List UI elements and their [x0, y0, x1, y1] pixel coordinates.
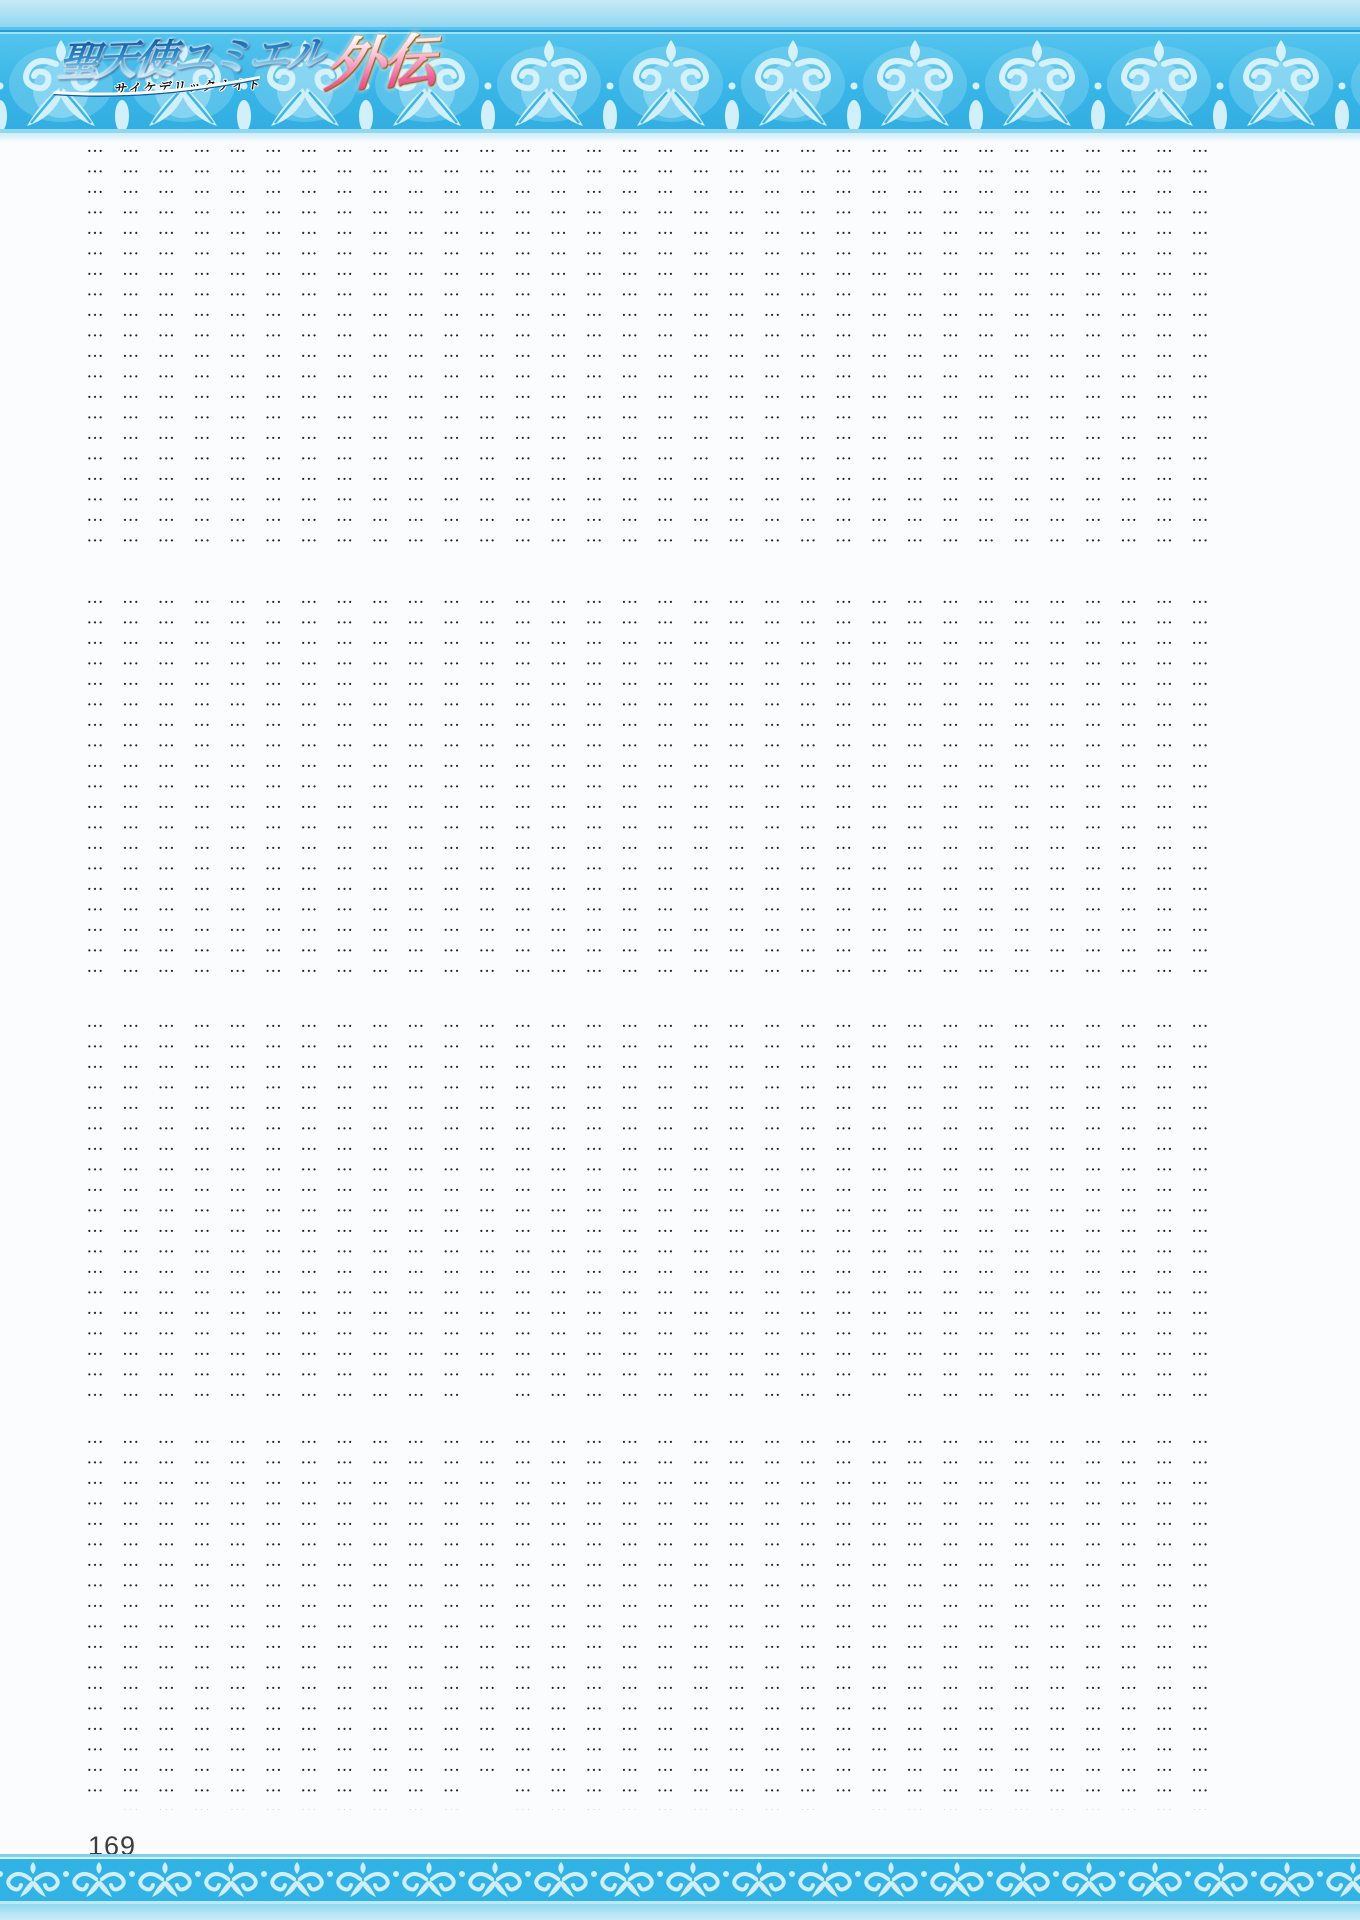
text-column-redacted: ………………………………………………… — [86, 1012, 103, 1396]
text-column-redacted: ……………………………………………………… — [692, 1012, 709, 1396]
text-column-redacted: …………………………………………………………… — [692, 137, 709, 559]
text-column-redacted: ………………………………………………………… — [728, 588, 745, 980]
text-column-redacted: ……………………………………………………………… — [300, 137, 317, 559]
text-column-redacted: ……………………………………………………… — [442, 1012, 459, 1396]
text-column-redacted: ……………………………………………………… — [728, 1428, 745, 1810]
top-border-upper-strip — [0, 0, 1360, 28]
text-column-redacted: ………………………………………………………… — [1191, 137, 1208, 559]
series-logo: 聖天使ユミエル サイケデリックナイト 外伝 — [58, 38, 438, 93]
text-column-redacted: ……………………………………………………………… — [229, 137, 246, 559]
text-column-redacted: ……………………………………………………… — [728, 1012, 745, 1396]
text-column-redacted: ……………………………………………………… — [514, 1428, 531, 1810]
text-column-redacted: …………………………………………………… — [371, 1428, 388, 1810]
text-column-redacted: ……………………………………………………… — [229, 1428, 246, 1810]
bottom-ornament-border — [0, 1854, 1360, 1920]
text-column-redacted: ……………………………………………………………… — [1155, 137, 1172, 559]
text-column-redacted: ……………………………………………………… — [870, 1428, 887, 1810]
text-band-3-redacted: …………………………………………………………………………………………………………… — [86, 1012, 1208, 1396]
text-column-redacted: …………………………………………………… — [442, 588, 459, 980]
text-column-redacted: ……………………………………………………… — [122, 1012, 139, 1396]
text-column-redacted: ………………………………………………… — [1048, 1012, 1065, 1396]
text-column-redacted: ……………………………………………………… — [621, 1012, 638, 1396]
text-column-redacted: ……………………………………………… — [834, 1428, 851, 1810]
text-column-redacted: …………………………………………………………… — [442, 137, 459, 559]
text-column-redacted: ………………………………………………… — [300, 588, 317, 980]
text-column-redacted: ……………………………………………………… — [229, 588, 246, 980]
text-band-2-redacted: …………………………………………………………………………………………………………… — [86, 588, 1208, 980]
text-column-redacted: ………………………………………………… — [300, 1012, 317, 1396]
text-column-redacted: ……………………………………………………………… — [763, 137, 780, 559]
text-column-redacted: ……………………………………………………………… — [656, 137, 673, 559]
text-column-redacted: ……………………………………………………………… — [157, 137, 174, 559]
text-column-redacted: ………………………………………………………… — [799, 137, 816, 559]
text-column-redacted: ……………………………………………………… — [763, 588, 780, 980]
text-column-redacted: …………………………………………………… — [763, 1012, 780, 1396]
text-column-redacted: ………………………………………………………… — [514, 588, 531, 980]
text-column-redacted: ……………………………………………………… — [407, 1012, 424, 1396]
text-column-redacted: …………………………………………………… — [656, 588, 673, 980]
text-column-redacted: ……………………………………………………… — [692, 1428, 709, 1810]
text-column-redacted: …………………………………………………………… — [870, 137, 887, 559]
text-column-redacted: ……………………………………………………… — [906, 1428, 923, 1810]
text-column-redacted: ……………………………………………………… — [585, 1428, 602, 1810]
text-column-redacted: ……………………………………………………… — [549, 1012, 566, 1396]
text-column-redacted: …………………………………………………… — [941, 1012, 958, 1396]
text-column-redacted: ……………………………………………………… — [1013, 1012, 1030, 1396]
text-column-redacted: ……………………………………………………… — [621, 137, 638, 559]
text-band-1-redacted: …………………………………………………………………………………………………………… — [86, 137, 1208, 559]
text-column-redacted: ………………………………………………………… — [1191, 588, 1208, 980]
text-column-redacted: …………………………………………………… — [549, 1428, 566, 1810]
text-column-redacted: ……………………………………………………… — [1120, 1428, 1137, 1810]
text-column-redacted: ……………………………………………………………… — [728, 137, 745, 559]
text-column-redacted: ……………………………………………… — [478, 1012, 495, 1396]
text-column-redacted: ……………………………………………………… — [977, 1428, 994, 1810]
text-column-redacted: …………………………………………………… — [371, 1012, 388, 1396]
text-column-redacted: ………………………………………………… — [656, 1012, 673, 1396]
text-column-redacted: …………………………………………………………… — [1084, 137, 1101, 559]
text-column-redacted: …………………………………………………… — [122, 588, 139, 980]
text-column-redacted: ……………………………………………………… — [1084, 1012, 1101, 1396]
text-column-redacted: ………………………………………………………… — [335, 588, 352, 980]
bottom-border-gradient-strip — [0, 1904, 1360, 1920]
text-column-redacted: ……………………………………………………… — [1191, 1428, 1208, 1810]
text-column-redacted: ……………………………………………………… — [977, 137, 994, 559]
text-column-redacted: ……………………………………………………… — [1191, 1012, 1208, 1396]
logo-title-block: 聖天使ユミエル サイケデリックナイト — [54, 33, 328, 97]
text-column-redacted: ……………………………………………… — [86, 1428, 103, 1810]
text-column-redacted: ……………………………………………………… — [514, 1012, 531, 1396]
text-column-redacted: ……………………………………………………………… — [941, 137, 958, 559]
text-column-redacted: ………………………………………………………… — [371, 588, 388, 980]
text-column-redacted: ………………………………………………………… — [193, 588, 210, 980]
text-column-redacted: ………………………………………………… — [264, 1428, 281, 1810]
text-column-redacted: …………………………………………………………… — [264, 137, 281, 559]
text-column-redacted: ……………………………………………………………… — [906, 137, 923, 559]
text-column-redacted: ……………………………………………………… — [335, 1012, 352, 1396]
text-column-redacted: ……………………………………………………………… — [1120, 137, 1137, 559]
text-column-redacted: …………………………………………………… — [1048, 588, 1065, 980]
text-column-redacted: ……………………………………………………………… — [478, 137, 495, 559]
text-column-redacted: ………………………………………………………… — [585, 588, 602, 980]
text-column-redacted: ……………………………………………………… — [442, 1428, 459, 1810]
text-column-redacted: ………………………………………………………… — [1084, 588, 1101, 980]
text-column-redacted: ……………………………………………………… — [407, 1428, 424, 1810]
text-column-redacted: ………………………………………………………… — [870, 588, 887, 980]
text-column-redacted: ………………………………………………………… — [692, 588, 709, 980]
text-column-redacted: ……………………………………………………… — [799, 1012, 816, 1396]
text-column-redacted: ……………………………………………………… — [1084, 1428, 1101, 1810]
book-page: 聖天使ユミエル サイケデリックナイト 外伝 ………………………………………………… — [0, 0, 1360, 1920]
text-column-redacted: ……………………………………………………… — [1120, 588, 1137, 980]
top-ornament-border: 聖天使ユミエル サイケデリックナイト 外伝 — [0, 0, 1360, 142]
text-column-redacted: ……………………………………………………… — [1155, 1012, 1172, 1396]
text-column-redacted: ………………………………………………… — [834, 588, 851, 980]
text-column-redacted: ……………………………………………………… — [799, 1428, 816, 1810]
text-column-redacted: ………………………………………………………… — [799, 588, 816, 980]
text-column-redacted: ………………………………………………………… — [1013, 588, 1030, 980]
text-column-redacted: ………………………………………………………… — [193, 137, 210, 559]
bottom-border-pattern-band — [0, 1857, 1360, 1903]
text-column-redacted: …………………………………………………… — [335, 137, 352, 559]
text-column-redacted: ………………………………………………………… — [514, 137, 531, 559]
text-column-redacted: ……………………………………………………………… — [834, 137, 851, 559]
text-column-redacted: ………………………………………………………… — [86, 588, 103, 980]
text-column-redacted: ……………………………………………………… — [300, 1428, 317, 1810]
text-column-redacted: ……………………………………………………… — [335, 1428, 352, 1810]
text-column-redacted: ……………………………………………………… — [122, 1428, 139, 1810]
text-column-redacted: ……………………………………………………… — [157, 1012, 174, 1396]
text-column-redacted: ……………………………………………………………… — [1048, 137, 1065, 559]
text-column-redacted: ……………………………………………………………… — [1013, 137, 1030, 559]
text-column-redacted: ……………………………………………………………… — [371, 137, 388, 559]
text-column-redacted: …………………………………………………………… — [86, 137, 103, 559]
text-column-redacted: ……………………………………………………………… — [122, 137, 139, 559]
text-column-redacted: ………………………………………………… — [656, 1428, 673, 1810]
text-column-redacted: ……………………………………………………… — [977, 1012, 994, 1396]
text-column-redacted: …………………………………………………… — [193, 1428, 210, 1810]
text-column-redacted: ………………………………………………………… — [1155, 588, 1172, 980]
scroll-pattern-graphic — [0, 1859, 1360, 1901]
text-band-4-redacted: …………………………………………………………………………………………………………… — [86, 1428, 1208, 1810]
text-column-redacted: ……………………………………………………………… — [549, 137, 566, 559]
text-column-redacted: ……………………………………………………… — [264, 1012, 281, 1396]
text-column-redacted: …………………………………………………… — [941, 1428, 958, 1810]
text-column-redacted: …………………………………………………… — [763, 1428, 780, 1810]
text-column-redacted: ………………………………………………………… — [977, 588, 994, 980]
text-column-redacted: ……………………………………………………… — [229, 1012, 246, 1396]
text-column-redacted: …………………………………………………… — [1120, 1012, 1137, 1396]
text-column-redacted: …………………………………………… — [478, 1428, 495, 1810]
text-column-redacted: …………………………………………………… — [585, 1012, 602, 1396]
text-column-redacted: ………………………………………………………… — [264, 588, 281, 980]
logo-suffix-text: 外伝 — [323, 31, 442, 95]
text-column-redacted: ………………………………………………………… — [478, 588, 495, 980]
text-column-redacted: ……………………………………………………… — [621, 1428, 638, 1810]
text-column-redacted: ………………………………………………………… — [906, 588, 923, 980]
text-column-redacted: ……………………………………………………… — [157, 1428, 174, 1810]
text-column-redacted: ………………………………………………………… — [621, 588, 638, 980]
text-column-redacted: ……………………………………………… — [870, 1012, 887, 1396]
text-column-redacted: ……………………………………………………… — [906, 1012, 923, 1396]
text-column-redacted: ……………………………………………………………… — [407, 137, 424, 559]
text-column-redacted: …………………………………………………… — [1155, 1428, 1172, 1810]
text-column-redacted: ……………………………………………………… — [834, 1012, 851, 1396]
text-column-redacted: ……………………………………………………… — [407, 588, 424, 980]
text-column-redacted: ……………………………………………………………… — [585, 137, 602, 559]
text-column-redacted: ……………………………………………………… — [1013, 1428, 1030, 1810]
text-column-redacted: ………………………………………………………… — [157, 588, 174, 980]
text-column-redacted: ………………………………………………… — [1048, 1428, 1065, 1810]
text-column-redacted: ……………………………………………………… — [549, 588, 566, 980]
text-column-redacted: …………………………………………………… — [193, 1012, 210, 1396]
text-column-redacted: ……………………………………………………… — [941, 588, 958, 980]
